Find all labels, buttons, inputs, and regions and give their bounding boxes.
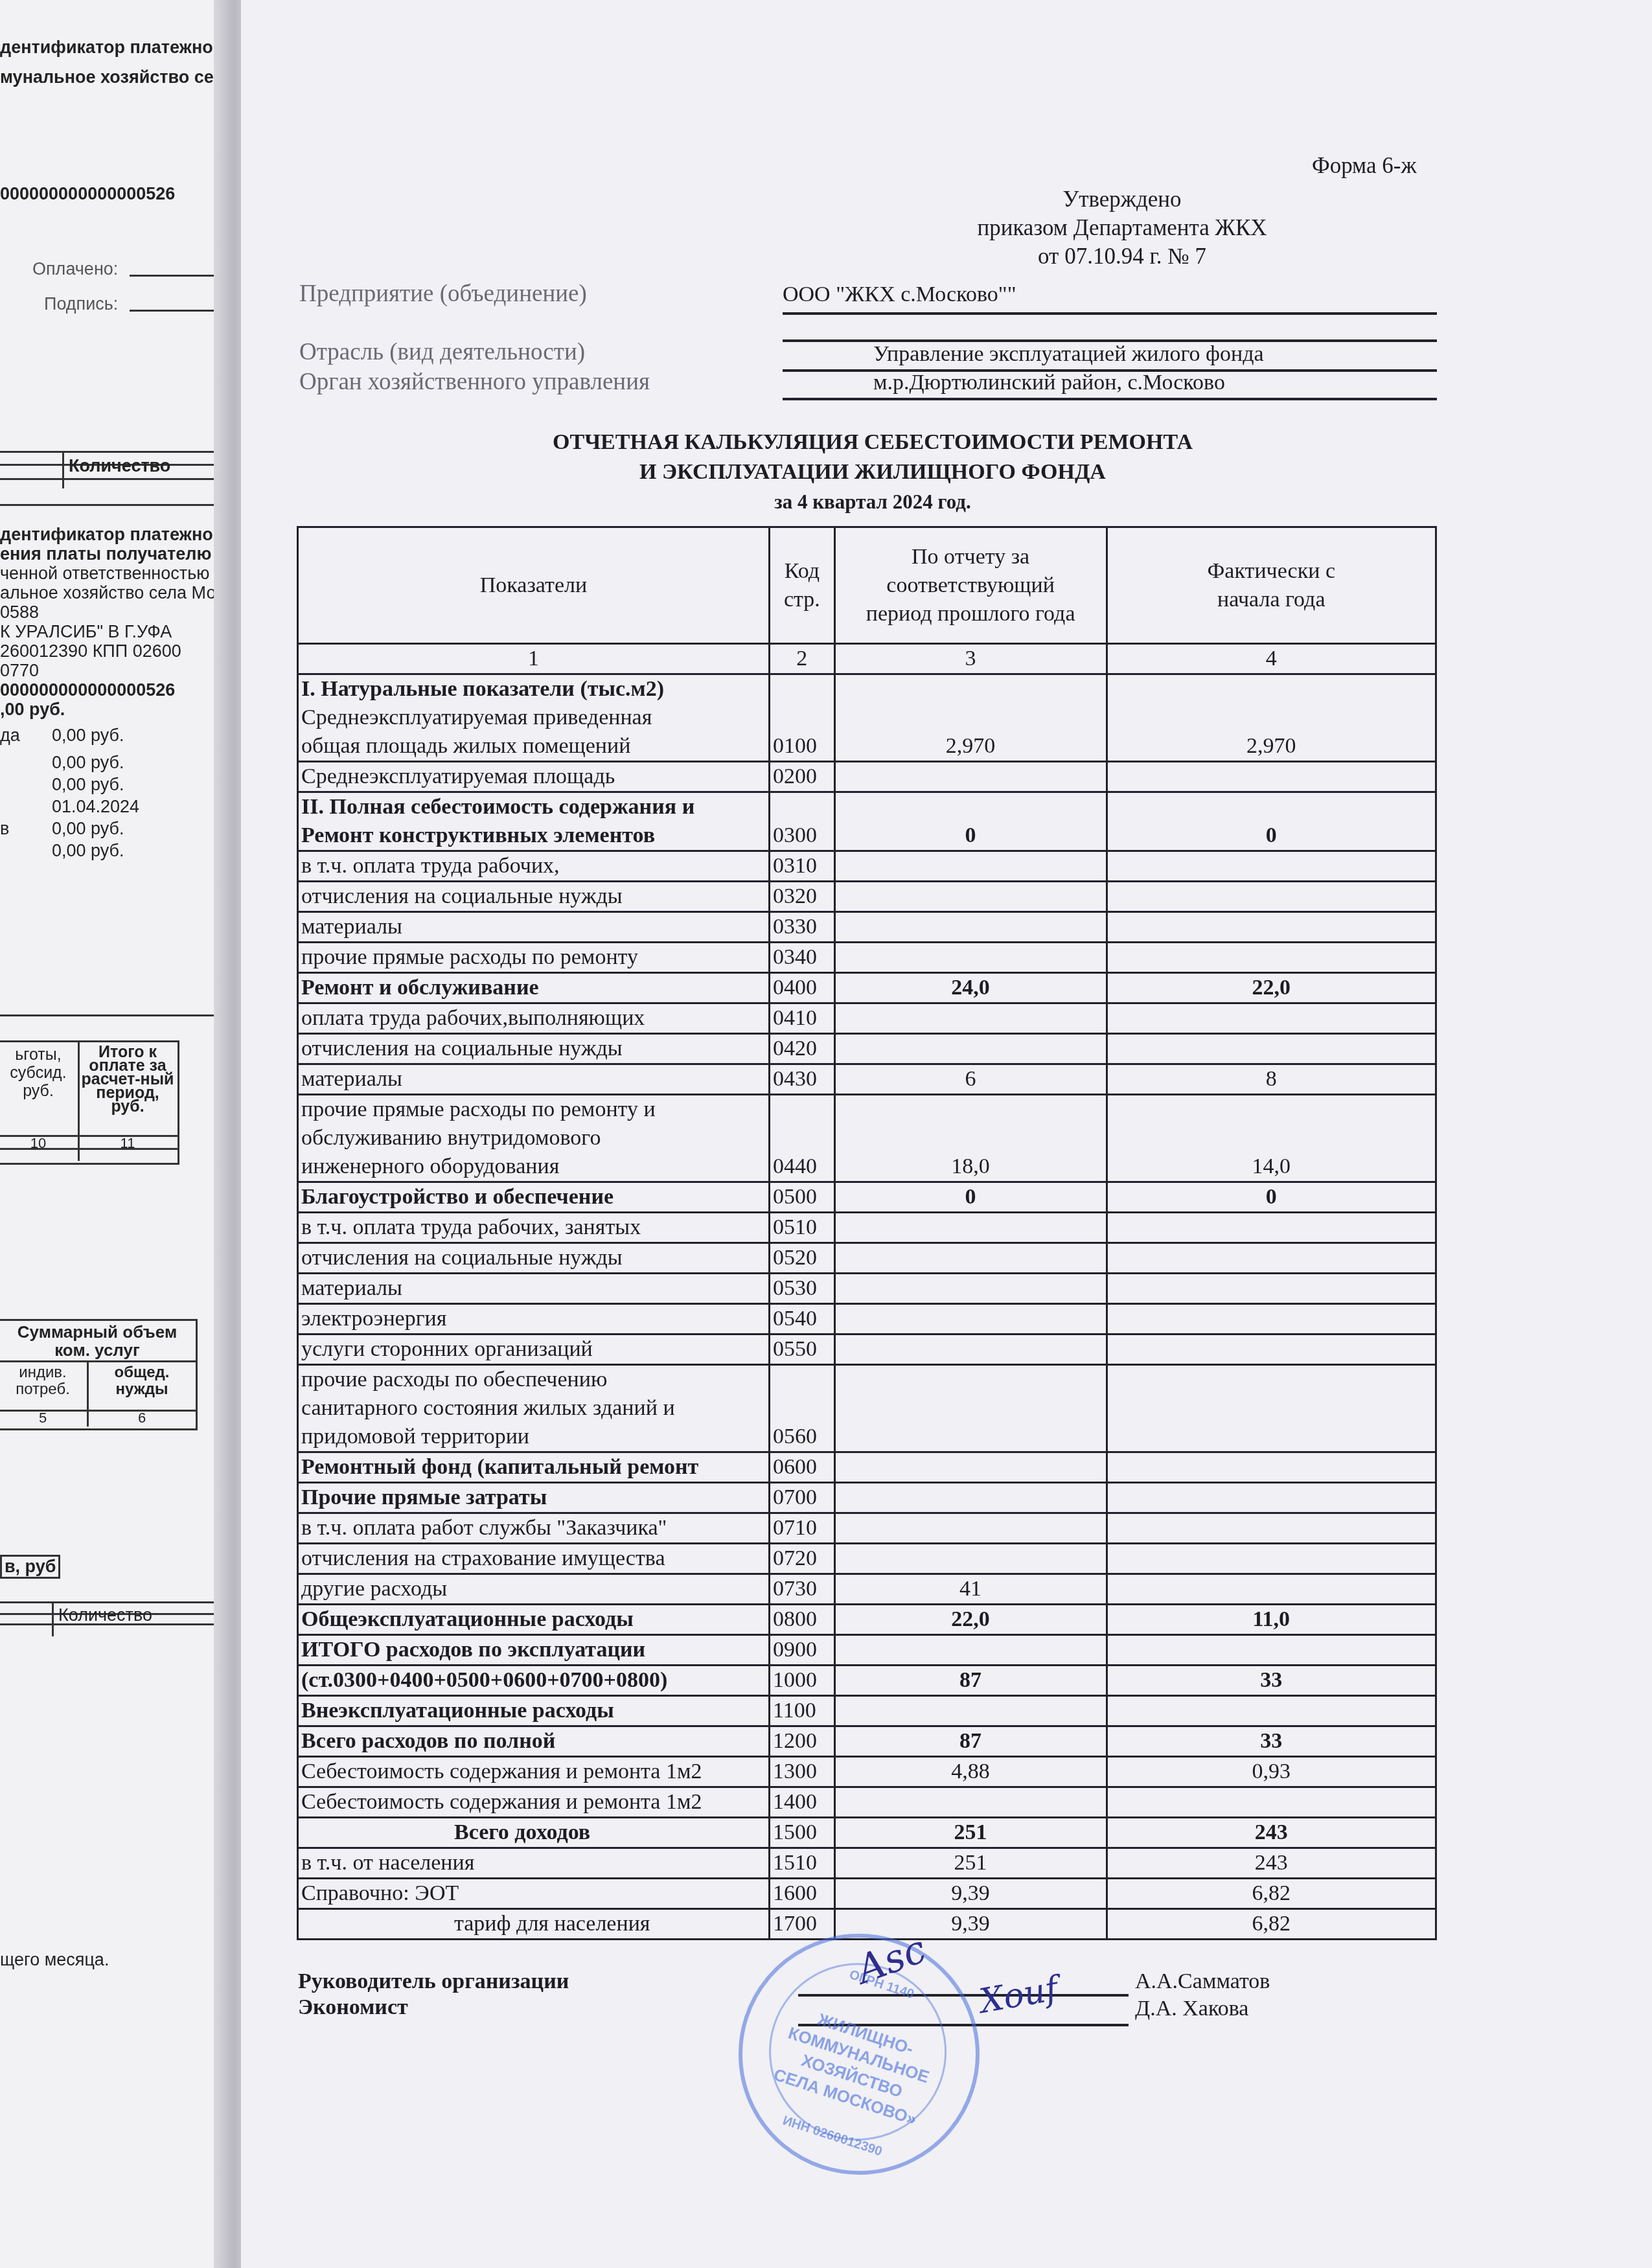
row-prev-value [834, 1003, 1107, 1034]
row-actual-value: 11,0 [1107, 1605, 1436, 1635]
row-code: 0720 [769, 1544, 834, 1574]
calculation-table: Показатели Код стр. По отчету за соответ… [297, 526, 1437, 1940]
row-prev-value [834, 1452, 1107, 1483]
under-line: альное хозяйство села Мо [0, 583, 216, 603]
approval-line: Утверждено [889, 185, 1355, 214]
enterprise-label: Предприятие (объединение) [299, 280, 587, 308]
row-label: услуги сторонних организаций [298, 1334, 770, 1365]
row-prev-value: 251 [834, 1818, 1107, 1848]
title-line: И ЭКСПЛУАТАЦИИ ЖИЛИЩНОГО ФОНДА [435, 457, 1310, 487]
row-prev-value [834, 943, 1107, 973]
table-row: Себестоимость содержания и ремонта 1м213… [298, 1757, 1436, 1787]
row-actual-value: 14,0 [1107, 1095, 1436, 1182]
under-line: ченной ответственностью [0, 564, 209, 584]
row-actual-value [1107, 1696, 1436, 1726]
table-row: отчисления на социальные нужды0420 [298, 1034, 1436, 1064]
table-row: материалы0530 [298, 1274, 1436, 1304]
amount-value: 01.04.2024 [52, 797, 139, 817]
row-actual-value [1107, 1365, 1436, 1452]
under-col-header: общед. нужды [89, 1364, 194, 1398]
row-label: II. Полная себестоимость содержания и Ре… [298, 792, 770, 851]
row-code: 0340 [769, 943, 834, 973]
row-label-line: общая площадь жилых помещений [301, 732, 766, 761]
row-prev-value [834, 1034, 1107, 1064]
row-prev-value [834, 882, 1107, 912]
row-code: 0420 [769, 1034, 834, 1064]
table-row: Справочно: ЭОТ16009,396,82 [298, 1879, 1436, 1909]
row-code: 0330 [769, 912, 834, 943]
report-title: ОТЧЕТНАЯ КАЛЬКУЛЯЦИЯ СЕБЕСТОИМОСТИ РЕМОН… [435, 428, 1310, 517]
col-number: 1 [298, 644, 770, 674]
table-row: отчисления на социальные нужды0320 [298, 882, 1436, 912]
row-code: 0560 [769, 1365, 834, 1452]
row-code: 1700 [769, 1909, 834, 1940]
row-prev-value [834, 1334, 1107, 1365]
under-col-header: Суммарный объем ком. услуг [0, 1323, 194, 1359]
row-prev-value: 41 [834, 1574, 1107, 1605]
row-label: Себестоимость содержания и ремонта 1м2 [298, 1787, 770, 1818]
row-code: 0730 [769, 1574, 834, 1605]
row-prev-value [834, 1304, 1107, 1334]
row-label: Ремонтный фонд (капитальный ремонт [298, 1452, 770, 1483]
row-actual-value: 243 [1107, 1848, 1436, 1879]
row-code: 0100 [769, 674, 834, 762]
row-code: 0440 [769, 1095, 834, 1182]
row-label: Всего доходов [298, 1818, 770, 1848]
row-code: 1510 [769, 1848, 834, 1879]
table-row: оплата труда рабочих,выполняющих0410 [298, 1003, 1436, 1034]
row-prev-value [834, 1483, 1107, 1513]
row-code: 0900 [769, 1635, 834, 1666]
quantity-header: Количество [69, 456, 170, 476]
under-line: ения платы получателю [0, 544, 212, 564]
table-row: отчисления на страхование имущества0720 [298, 1544, 1436, 1574]
under-line: 000000000000000526 [0, 680, 175, 700]
row-label: I. Натуральные показатели (тыс.м2)Средне… [298, 674, 770, 762]
under-line: 260012390 КПП 02600 [0, 641, 181, 661]
row-code: 0320 [769, 882, 834, 912]
row-label: в т.ч. оплата работ службы "Заказчика" [298, 1513, 770, 1544]
row-label: ИТОГО расходов по эксплуатации [298, 1635, 770, 1666]
enterprise-value: ООО "ЖКХ с.Москово"" [783, 282, 1016, 307]
row-code: 0200 [769, 762, 834, 792]
row-label: прочие прямые расходы по ремонту [298, 943, 770, 973]
row-code: 1600 [769, 1879, 834, 1909]
economist-label: Экономист [298, 1995, 408, 2020]
row-actual-value: 33 [1107, 1726, 1436, 1757]
table-row: Себестоимость содержания и ремонта 1м214… [298, 1787, 1436, 1818]
table-row: Благоустройство и обеспечение050000 [298, 1182, 1436, 1213]
underlying-page: дентификатор платежно мунальное хозяйств… [0, 0, 233, 2268]
row-label: прочие прямые расходы по ремонту и обслу… [298, 1095, 770, 1182]
under-boxed-label: в, руб [0, 1555, 60, 1579]
row-code: 0700 [769, 1483, 834, 1513]
row-actual-value: 0 [1107, 1182, 1436, 1213]
amount-label: в [0, 819, 9, 839]
row-code: 0400 [769, 973, 834, 1003]
row-actual-value [1107, 1334, 1436, 1365]
row-actual-value [1107, 1513, 1436, 1544]
authority-value: м.р.Дюртюлинский район, с.Москово [873, 371, 1225, 395]
approval-line: приказом Департамента ЖКХ [889, 214, 1355, 242]
row-code: 0410 [769, 1003, 834, 1034]
row-prev-value [834, 1635, 1107, 1666]
row-actual-value: 243 [1107, 1818, 1436, 1848]
row-actual-value: 0,93 [1107, 1757, 1436, 1787]
row-actual-value [1107, 1213, 1436, 1243]
row-prev-value: 9,39 [834, 1879, 1107, 1909]
row-label: в т.ч. оплата труда рабочих, [298, 851, 770, 882]
row-actual-value [1107, 1787, 1436, 1818]
title-line: ОТЧЕТНАЯ КАЛЬКУЛЯЦИЯ СЕБЕСТОИМОСТИ РЕМОН… [435, 428, 1310, 457]
under-col-header: индив. потреб. [0, 1364, 86, 1398]
row-code: 1300 [769, 1757, 834, 1787]
row-label: в т.ч. от населения [298, 1848, 770, 1879]
row-prev-value: 18,0 [834, 1095, 1107, 1182]
row-code: 0530 [769, 1274, 834, 1304]
row-prev-value: 87 [834, 1666, 1107, 1696]
row-code: 0310 [769, 851, 834, 882]
row-label: Благоустройство и обеспечение [298, 1182, 770, 1213]
row-prev-value [834, 1365, 1107, 1452]
row-label: материалы [298, 912, 770, 943]
table-row: Внеэксплуатационные расходы1100 [298, 1696, 1436, 1726]
row-label: оплата труда рабочих,выполняющих [298, 1003, 770, 1034]
quantity-header: Количество [58, 1605, 152, 1625]
row-prev-value [834, 912, 1107, 943]
row-actual-value: 2,970 [1107, 674, 1436, 762]
row-code: 1500 [769, 1818, 834, 1848]
row-prev-value: 4,88 [834, 1757, 1107, 1787]
header-actual: Фактически с начала года [1107, 527, 1436, 644]
row-label: Справочно: ЭОТ [298, 1879, 770, 1909]
table-row: (ст.0300+0400+0500+0600+0700+0800)100087… [298, 1666, 1436, 1696]
amount-value: 0,00 руб. [52, 726, 124, 746]
table-row: прочие расходы по обеспечению санитарног… [298, 1365, 1436, 1452]
row-actual-value [1107, 1304, 1436, 1334]
row-code: 0300 [769, 792, 834, 851]
table-row: Ремонт и обслуживание040024,022,0 [298, 973, 1436, 1003]
row-actual-value: 6,82 [1107, 1909, 1436, 1940]
table-row: Среднеэксплуатируемая площадь0200 [298, 762, 1436, 792]
table-row: Всего расходов по полной12008733 [298, 1726, 1436, 1757]
header-prev-period: По отчету за соответствующий период прош… [834, 527, 1107, 644]
row-prev-value [834, 1696, 1107, 1726]
row-code: 0710 [769, 1513, 834, 1544]
row-label: материалы [298, 1064, 770, 1095]
row-label: электроэнергия [298, 1304, 770, 1334]
industry-label: Отрасль (вид деятельности) [299, 338, 585, 366]
amount-value: 0,00 руб. [52, 841, 124, 861]
row-code: 0510 [769, 1213, 834, 1243]
row-prev-value: 22,0 [834, 1605, 1107, 1635]
col-number: 3 [834, 644, 1107, 674]
row-label: Ремонт и обслуживание [298, 973, 770, 1003]
table-row: Общеэксплуатационные расходы080022,011,0 [298, 1605, 1436, 1635]
row-actual-value: 33 [1107, 1666, 1436, 1696]
row-label: тариф для населения [298, 1909, 770, 1940]
row-actual-value [1107, 762, 1436, 792]
under-line: дентификатор платежно [0, 525, 213, 545]
section-heading: I. Натуральные показатели (тыс.м2) [301, 675, 766, 704]
under-col-header: ьготы, субсид. руб. [0, 1046, 76, 1100]
row-prev-value: 2,970 [834, 674, 1107, 762]
row-prev-value: 87 [834, 1726, 1107, 1757]
row-actual-value [1107, 1635, 1436, 1666]
under-line: 0588 [0, 602, 39, 623]
under-footer: щего месяца. [0, 1950, 109, 1970]
row-code: 0800 [769, 1605, 834, 1635]
under-col-number: 11 [80, 1135, 175, 1152]
table-row: в т.ч. оплата труда рабочих, занятых0510 [298, 1213, 1436, 1243]
authority-label: Орган хозяйственного управления [299, 368, 650, 396]
under-line: 000000000000000526 [0, 184, 175, 204]
header-code: Код стр. [769, 527, 834, 644]
row-label: (ст.0300+0400+0500+0600+0700+0800) [298, 1666, 770, 1696]
table-row: прочие прямые расходы по ремонту0340 [298, 943, 1436, 973]
economist-signature: Xouf [977, 1969, 1061, 2021]
report-page: Форма 6-ж Утверждено приказом Департамен… [241, 0, 1652, 2268]
table-row: услуги сторонних организаций0550 [298, 1334, 1436, 1365]
row-prev-value: 6 [834, 1064, 1107, 1095]
row-actual-value: 8 [1107, 1064, 1436, 1095]
table-row: в т.ч. от населения1510251243 [298, 1848, 1436, 1879]
row-label: отчисления на страхование имущества [298, 1544, 770, 1574]
row-label: Внеэксплуатационные расходы [298, 1696, 770, 1726]
row-actual-value [1107, 1003, 1436, 1034]
table-row: в т.ч. оплата труда рабочих,0310 [298, 851, 1436, 882]
row-label-line: Среднеэксплуатируемая приведенная [301, 704, 766, 732]
under-line: К УРАЛСИБ" В Г.УФА [0, 622, 172, 642]
table-row: прочие прямые расходы по ремонту и обслу… [298, 1095, 1436, 1182]
table-row: Прочие прямые затраты0700 [298, 1483, 1436, 1513]
row-prev-value [834, 1513, 1107, 1544]
row-label: материалы [298, 1274, 770, 1304]
table-row: II. Полная себестоимость содержания и Ре… [298, 792, 1436, 851]
row-code: 1400 [769, 1787, 834, 1818]
table-row: электроэнергия0540 [298, 1304, 1436, 1334]
row-code: 0600 [769, 1452, 834, 1483]
under-line: ,00 руб. [0, 700, 65, 720]
form-code: Форма 6-ж [1312, 153, 1417, 179]
table-row: другие расходы073041 [298, 1574, 1436, 1605]
row-label: другие расходы [298, 1574, 770, 1605]
col-number: 4 [1107, 644, 1436, 674]
table-row: в т.ч. оплата работ службы "Заказчика"07… [298, 1513, 1436, 1544]
table-row: I. Натуральные показатели (тыс.м2)Средне… [298, 674, 1436, 762]
under-col-header: Итого к оплате за расчет-ный период, руб… [80, 1046, 175, 1114]
row-label: Прочие прямые затраты [298, 1483, 770, 1513]
under-col-number: 10 [0, 1135, 76, 1152]
row-prev-value [834, 1243, 1107, 1274]
table-row: ИТОГО расходов по эксплуатации0900 [298, 1635, 1436, 1666]
row-label: Среднеэксплуатируемая площадь [298, 762, 770, 792]
amount-value: 0,00 руб. [52, 819, 124, 839]
row-code: 1000 [769, 1666, 834, 1696]
col-number: 2 [769, 644, 834, 674]
amount-value: 0,00 руб. [52, 753, 124, 773]
row-label: Всего расходов по полной [298, 1726, 770, 1757]
row-label: прочие расходы по обеспечению санитарног… [298, 1365, 770, 1452]
row-prev-value [834, 1544, 1107, 1574]
industry-value: Управление эксплуатацией жилого фонда [873, 342, 1264, 367]
header-indicators: Показатели [298, 527, 770, 644]
row-actual-value: 22,0 [1107, 973, 1436, 1003]
head-label: Руководитель организации [298, 1969, 569, 1994]
row-actual-value [1107, 851, 1436, 882]
row-prev-value: 0 [834, 1182, 1107, 1213]
row-actual-value [1107, 1483, 1436, 1513]
table-row: Ремонтный фонд (капитальный ремонт0600 [298, 1452, 1436, 1483]
amount-value: 0,00 руб. [52, 775, 124, 795]
row-code: 0500 [769, 1182, 834, 1213]
row-code: 0520 [769, 1243, 834, 1274]
approval-note: Утверждено приказом Департамента ЖКХ от … [889, 185, 1355, 271]
row-prev-value: 251 [834, 1848, 1107, 1879]
row-actual-value: 6,82 [1107, 1879, 1436, 1909]
row-label: отчисления на социальные нужды [298, 882, 770, 912]
row-label: в т.ч. оплата труда рабочих, занятых [298, 1213, 770, 1243]
amount-label: да [0, 726, 20, 746]
approval-line: от 07.10.94 г. № 7 [889, 242, 1355, 271]
head-name: А.А.Самматов [1135, 1969, 1270, 1994]
row-prev-value: 0 [834, 792, 1107, 851]
row-actual-value [1107, 1034, 1436, 1064]
row-code: 0540 [769, 1304, 834, 1334]
row-label: Общеэксплуатационные расходы [298, 1605, 770, 1635]
row-label: отчисления на социальные нужды [298, 1034, 770, 1064]
table-row: Всего доходов1500251243 [298, 1818, 1436, 1848]
row-prev-value: 24,0 [834, 973, 1107, 1003]
under-line: 0770 [0, 661, 39, 681]
table-row: материалы0330 [298, 912, 1436, 943]
under-col-number: 5 [0, 1410, 86, 1426]
row-label: отчисления на социальные нужды [298, 1243, 770, 1274]
row-actual-value [1107, 1274, 1436, 1304]
under-line: дентификатор платежно [0, 38, 213, 58]
table-row: отчисления на социальные нужды0520 [298, 1243, 1436, 1274]
paid-label: Оплачено: [32, 259, 118, 279]
row-actual-value [1107, 882, 1436, 912]
under-line: мунальное хозяйство сел [0, 67, 225, 87]
economist-name: Д.А. Хакова [1135, 1997, 1248, 2021]
table-row: материалы043068 [298, 1064, 1436, 1095]
row-prev-value [834, 1274, 1107, 1304]
row-code: 1200 [769, 1726, 834, 1757]
row-actual-value [1107, 1544, 1436, 1574]
report-period: за 4 квартал 2024 год. [435, 487, 1310, 517]
row-code: 0550 [769, 1334, 834, 1365]
row-label: Себестоимость содержания и ремонта 1м2 [298, 1757, 770, 1787]
row-actual-value [1107, 1574, 1436, 1605]
signature-label: Подпись: [44, 294, 118, 314]
row-actual-value: 0 [1107, 792, 1436, 851]
row-code: 0430 [769, 1064, 834, 1095]
row-prev-value [834, 1787, 1107, 1818]
row-code: 1100 [769, 1696, 834, 1726]
under-col-number: 6 [89, 1410, 194, 1426]
row-actual-value [1107, 1243, 1436, 1274]
row-actual-value [1107, 912, 1436, 943]
row-actual-value [1107, 1452, 1436, 1483]
row-prev-value [834, 1213, 1107, 1243]
row-actual-value [1107, 943, 1436, 973]
row-prev-value [834, 851, 1107, 882]
row-prev-value [834, 762, 1107, 792]
